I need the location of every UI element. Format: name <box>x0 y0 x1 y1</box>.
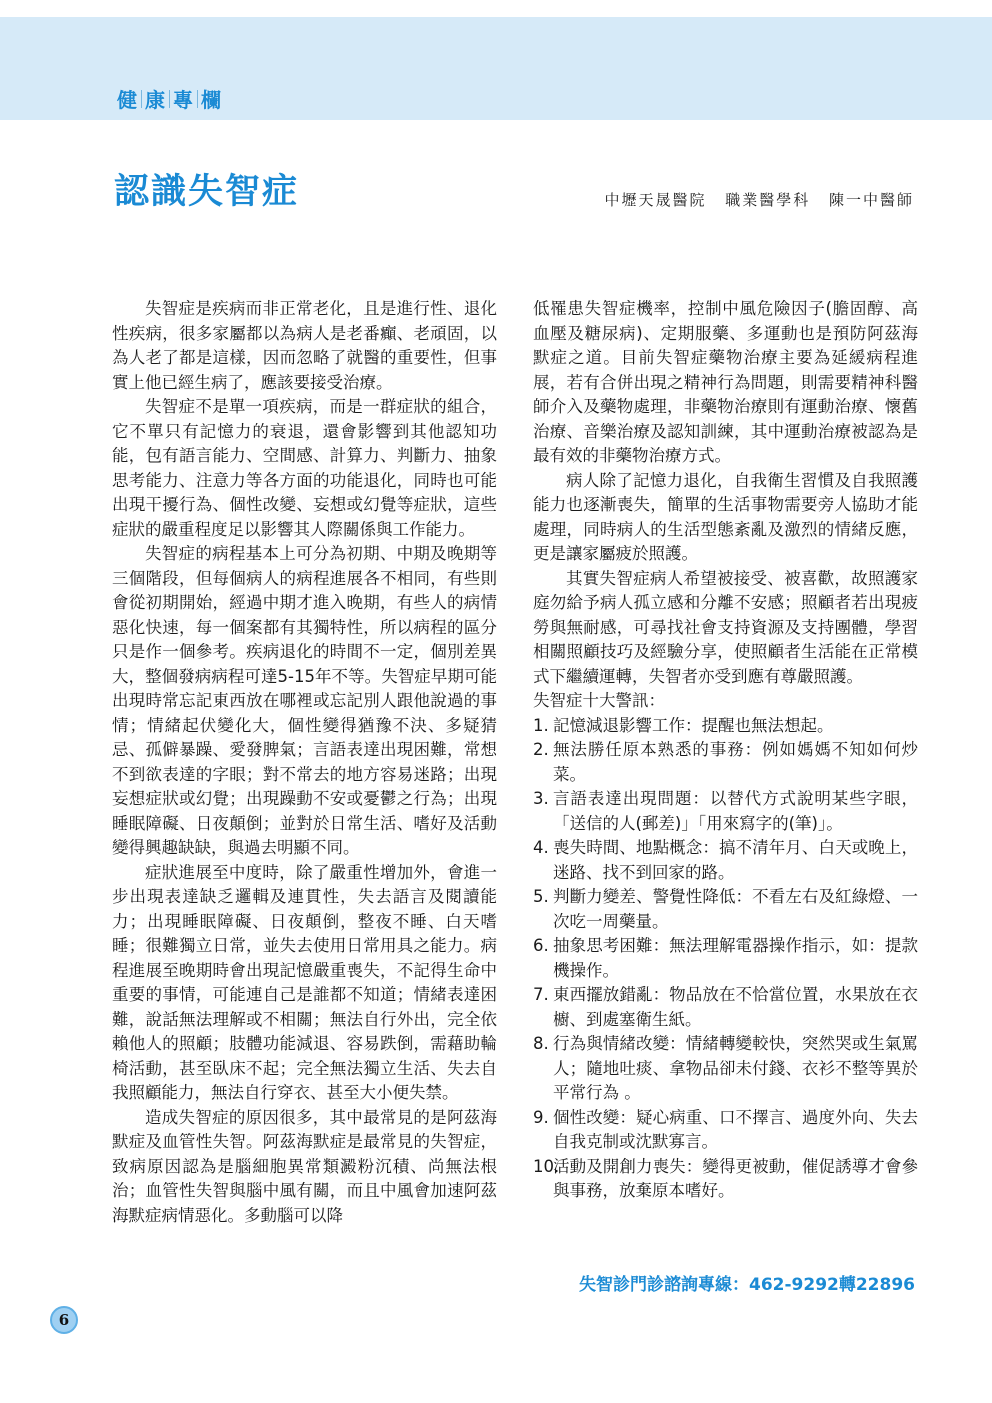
warning-number: 10. <box>533 1155 559 1180</box>
author-byline: 中壢天晟醫院 職業醫學科 陳一中醫師 <box>604 189 914 210</box>
paragraph: 症狀進展至中度時，除了嚴重性增加外，會進一步出現表達缺乏邏輯及連貫性，失去語言及… <box>112 861 497 1106</box>
warning-item: 7.東西擺放錯亂：物品放在不恰當位置，水果放在衣櫥、到處塞衛生紙。 <box>533 983 918 1032</box>
article-title: 認識失智症 <box>114 164 299 214</box>
warning-item: 8.行為與情緒改變：情緒轉變較快，突然哭或生氣罵人；隨地吐痰、拿物品卻未付錢、衣… <box>533 1032 918 1106</box>
warning-number: 1. <box>533 714 549 739</box>
warning-item: 5.判斷力變差、警覺性降低：不看左右及紅綠燈、一次吃一周藥量。 <box>533 885 918 934</box>
warning-text: 抽象思考困難：無法理解電器操作指示，如：提款機操作。 <box>553 936 918 980</box>
section-label-char: 健 <box>114 84 141 113</box>
warning-item: 3.言語表達出現問題：以替代方式說明某些字眼，「送信的人(郵差)」「用來寫字的(… <box>533 787 918 836</box>
warning-number: 3. <box>533 787 549 812</box>
left-column: 失智症是疾病而非正常老化，且是進行性、退化性疾病，很多家屬都以為病人是老番癲、老… <box>112 297 497 1228</box>
warning-number: 9. <box>533 1106 549 1131</box>
page-number: 6 <box>59 1311 69 1329</box>
warning-item: 2.無法勝任原本熟悉的事務：例如媽媽不知如何炒菜。 <box>533 738 918 787</box>
warning-number: 6. <box>533 934 549 959</box>
hotline-text: 失智診門診諮詢專線：462-9292轉22896 <box>579 1270 915 1295</box>
warning-item: 9.個性改變：疑心病重、口不擇言、過度外向、失去自我克制或沈默寡言。 <box>533 1106 918 1155</box>
warning-item: 10.活動及開創力喪失：變得更被動，催促誘導才會參與事務，放棄原本嗜好。 <box>533 1155 918 1204</box>
warning-text: 判斷力變差、警覺性降低：不看左右及紅綠燈、一次吃一周藥量。 <box>553 887 918 931</box>
warning-text: 個性改變：疑心病重、口不擇言、過度外向、失去自我克制或沈默寡言。 <box>553 1108 918 1152</box>
warning-item: 1.記憶減退影響工作：提醒也無法想起。 <box>533 714 918 739</box>
warning-item: 4.喪失時間、地點概念：搞不清年月、白天或晚上，迷路、找不到回家的路。 <box>533 836 918 885</box>
section-label-char: 欄 <box>198 84 225 113</box>
paragraph: 失智症是疾病而非正常老化，且是進行性、退化性疾病，很多家屬都以為病人是老番癲、老… <box>112 297 497 395</box>
warning-text: 行為與情緒改變：情緒轉變較快，突然哭或生氣罵人；隨地吐痰、拿物品卻未付錢、衣衫不… <box>553 1034 918 1102</box>
warning-item: 6.抽象思考困難：無法理解電器操作指示，如：提款機操作。 <box>533 934 918 983</box>
paragraph: 失智症不是單一項疾病，而是一群症狀的組合，它不單只有記憶力的衰退，還會影響到其他… <box>112 395 497 542</box>
warning-number: 5. <box>533 885 549 910</box>
paragraph: 失智症的病程基本上可分為初期、中期及晚期等三個階段，但每個病人的病程進展各不相同… <box>112 542 497 861</box>
warning-text: 無法勝任原本熟悉的事務：例如媽媽不知如何炒菜。 <box>553 740 918 784</box>
paragraph: 其實失智症病人希望被接受、被喜歡，故照護家庭勿給予病人孤立感和分離不安感；照顧者… <box>533 567 918 690</box>
right-column: 低罹患失智症機率，控制中風危險因子(膽固醇、高血壓及糖尿病)、定期服藥、多運動也… <box>533 297 918 1204</box>
warning-number: 2. <box>533 738 549 763</box>
paragraph: 造成失智症的原因很多，其中最常見的是阿茲海默症及血管性失智。阿茲海默症是最常見的… <box>112 1106 497 1229</box>
warning-text: 活動及開創力喪失：變得更被動，催促誘導才會參與事務，放棄原本嗜好。 <box>553 1157 918 1201</box>
section-label-char: 康 <box>142 84 169 113</box>
warning-text: 喪失時間、地點概念：搞不清年月、白天或晚上，迷路、找不到回家的路。 <box>553 838 918 882</box>
warnings-title: 失智症十大警訊： <box>533 689 918 714</box>
warning-text: 言語表達出現問題：以替代方式說明某些字眼，「送信的人(郵差)」「用來寫字的(筆)… <box>553 789 918 833</box>
warning-number: 7. <box>533 983 549 1008</box>
section-label: 健 康 專 欄 <box>114 84 225 113</box>
paragraph: 低罹患失智症機率，控制中風危險因子(膽固醇、高血壓及糖尿病)、定期服藥、多運動也… <box>533 297 918 469</box>
warning-text: 記憶減退影響工作：提醒也無法想起。 <box>553 716 834 735</box>
page-number-badge: 6 <box>50 1306 78 1334</box>
warning-number: 8. <box>533 1032 549 1057</box>
section-label-char: 專 <box>170 84 197 113</box>
paragraph: 病人除了記憶力退化，自我衛生習慣及自我照護能力也逐漸喪失，簡單的生活事物需要旁人… <box>533 469 918 567</box>
warning-number: 4. <box>533 836 549 861</box>
warnings-list: 1.記憶減退影響工作：提醒也無法想起。 2.無法勝任原本熟悉的事務：例如媽媽不知… <box>533 714 918 1204</box>
warning-text: 東西擺放錯亂：物品放在不恰當位置，水果放在衣櫥、到處塞衛生紙。 <box>553 985 918 1029</box>
